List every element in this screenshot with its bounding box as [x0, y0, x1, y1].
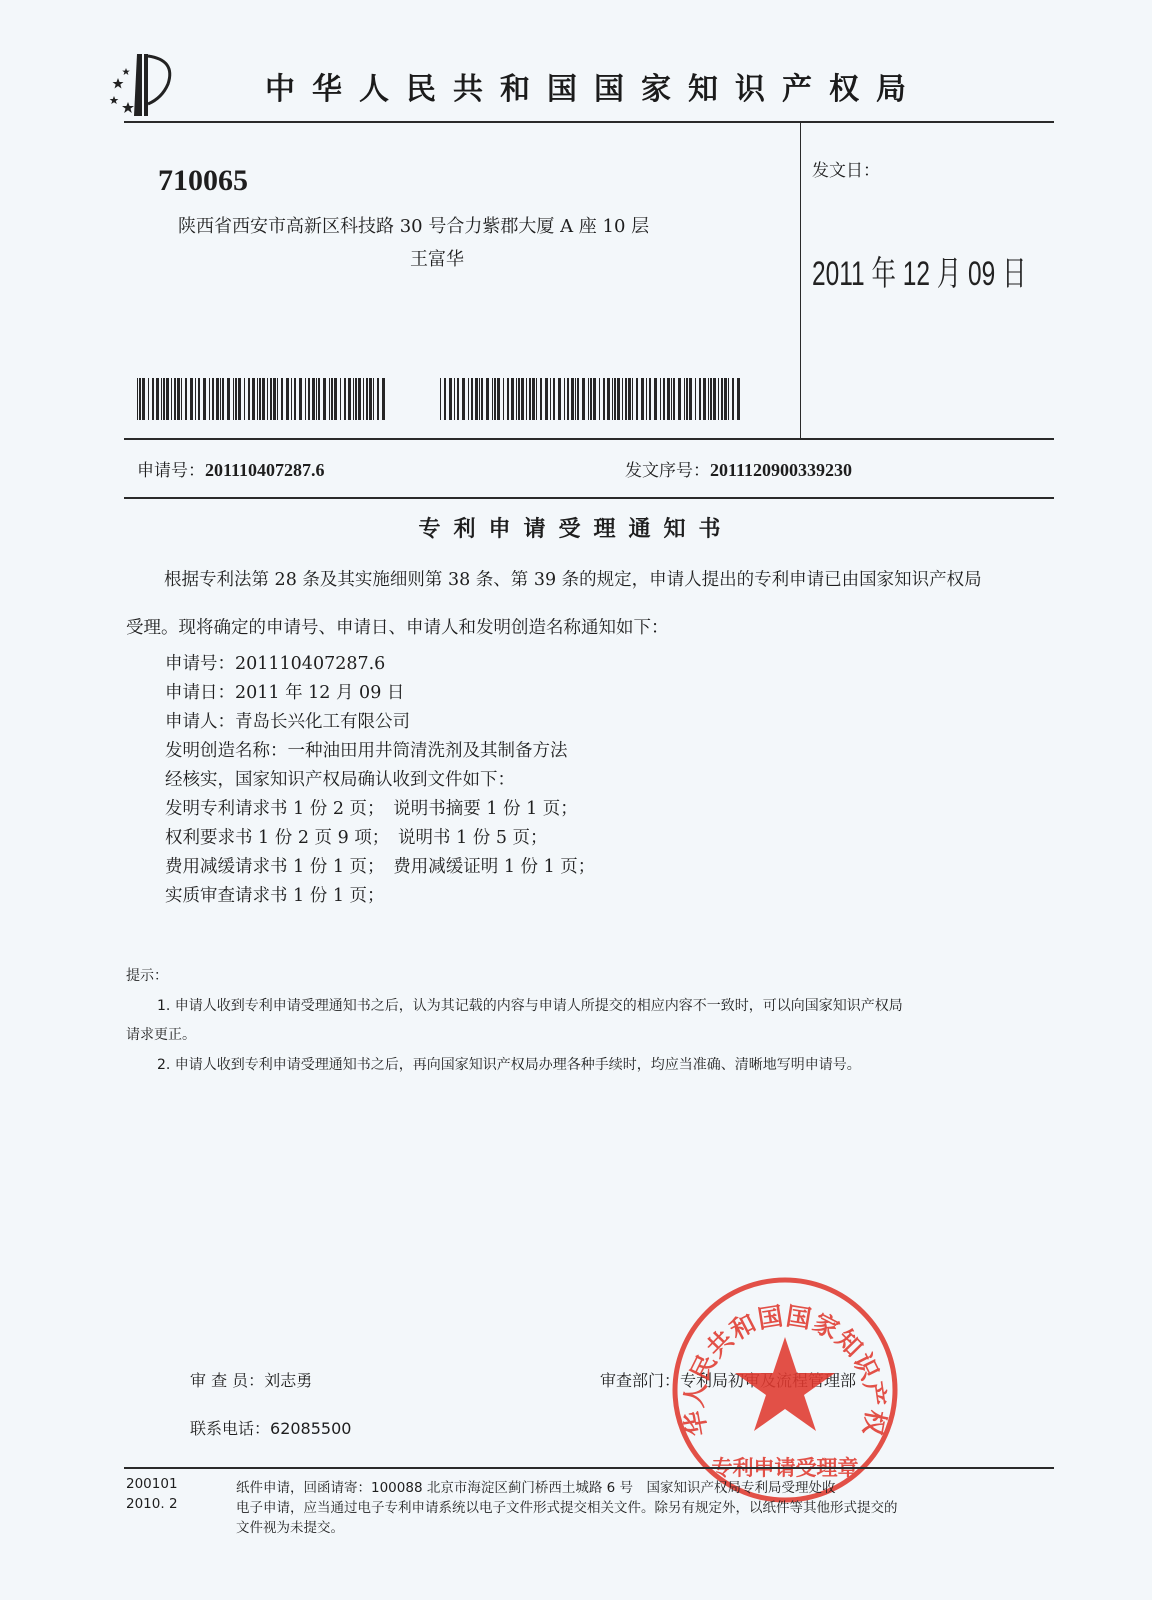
application-number-header: 申请号：201110407287.6 — [137, 456, 325, 481]
field-label: 申请日： — [165, 683, 235, 703]
hint-item: 请求更正。 — [126, 1024, 196, 1044]
footer-note: 电子申请，应当通过电子专利申请系统以电子文件形式提交相关文件。除另有规定外，以纸… — [236, 1496, 898, 1516]
recipient-name: 王富华 — [410, 245, 464, 271]
field-row: 申请日：2011 年 12 月 09 日 — [165, 679, 404, 704]
reviewer: 审 查 员：刘志勇 — [190, 1368, 312, 1391]
barcode-icon — [440, 378, 740, 420]
phone-label: 联系电话： — [190, 1419, 270, 1438]
received-document-row: 发明专利请求书 1 份 2 页； 说明书摘要 1 份 1 页； — [165, 795, 578, 820]
footer-rule — [124, 1467, 1054, 1469]
field-value: 一种油田用井筒清洗剂及其制备方法 — [288, 741, 568, 761]
footer-note: 文件视为未提交。 — [236, 1516, 344, 1536]
field-label: 申请号： — [165, 654, 235, 674]
field-row: 发明创造名称：一种油田用井筒清洗剂及其制备方法 — [165, 737, 568, 762]
recipient-address: 陕西省西安市高新区科技路 30 号合力紫郡大厦 A 座 10 层 — [178, 212, 649, 238]
field-value: 2011 年 12 月 09 日 — [235, 683, 404, 703]
office-name: 中华人民共和国国家知识产权局 — [265, 64, 923, 108]
document-title: 专利申请受理通知书 — [0, 512, 1152, 543]
received-intro: 经核实，国家知识产权局确认收到文件如下： — [165, 766, 515, 791]
hint-item: 2. 申请人收到专利申请受理通知书之后，再向国家知识产权局办理各种手续时，均应当… — [157, 1054, 861, 1074]
reviewer-label: 审 查 员： — [190, 1371, 264, 1390]
barcode-icon — [137, 378, 385, 420]
hints-title: 提示： — [126, 965, 168, 985]
application-number: 201110407287.6 — [205, 460, 325, 480]
form-code: 200101 — [126, 1476, 178, 1492]
contact-phone: 联系电话：62085500 — [190, 1416, 351, 1439]
body-paragraph: 受理。现将确定的申请号、申请日、申请人和发明创造名称通知如下： — [126, 614, 669, 639]
serial-number-header: 发文序号：2011120900339230 — [625, 456, 852, 481]
reviewer-name: 刘志勇 — [264, 1371, 312, 1390]
received-document-row: 费用减缓请求书 1 份 1 页； 费用减缓证明 1 份 1 页； — [165, 853, 595, 878]
field-label: 申请人： — [165, 712, 235, 732]
footer-note: 纸件申请，回函请寄：100088 北京市海淀区蓟门桥西土城路 6 号 国家知识产… — [236, 1476, 836, 1496]
divider-rule — [124, 438, 1054, 440]
field-label: 发明创造名称： — [165, 741, 288, 761]
cnipa-logo-icon — [104, 48, 184, 118]
received-document-row: 权利要求书 1 份 2 页 9 项； 说明书 1 份 5 页； — [165, 824, 548, 849]
divider-rule — [124, 497, 1054, 499]
application-number-label: 申请号： — [137, 461, 205, 481]
field-value: 201110407287.6 — [235, 654, 385, 674]
field-value: 青岛长兴化工有限公司 — [235, 712, 410, 732]
serial-number-label: 发文序号： — [625, 461, 710, 481]
department-label: 审查部门： — [600, 1371, 680, 1390]
form-version: 2010. 2 — [126, 1496, 178, 1512]
official-seal-icon: 中华人民共和国国家知识产权局 专利申请受理章 — [670, 1275, 900, 1505]
field-row: 申请号：201110407287.6 — [165, 650, 385, 675]
issue-date-value: 2011 年 12 月 09 日 — [812, 246, 1027, 295]
body-paragraph: 根据专利法第 28 条及其实施细则第 38 条、第 39 条的规定，申请人提出的… — [164, 566, 982, 591]
received-document-row: 实质审查请求书 1 份 1 页； — [165, 882, 385, 907]
field-row: 申请人：青岛长兴化工有限公司 — [165, 708, 410, 733]
serial-number: 2011120900339230 — [710, 460, 852, 480]
date-column-divider — [800, 122, 801, 439]
phone-number: 62085500 — [270, 1419, 351, 1438]
issue-date-label: 发文日： — [812, 156, 880, 181]
postcode: 710065 — [158, 164, 248, 198]
hint-item: 1. 申请人收到专利申请受理通知书之后，认为其记载的内容与申请人所提交的相应内容… — [157, 995, 903, 1015]
header-rule — [124, 121, 1054, 123]
